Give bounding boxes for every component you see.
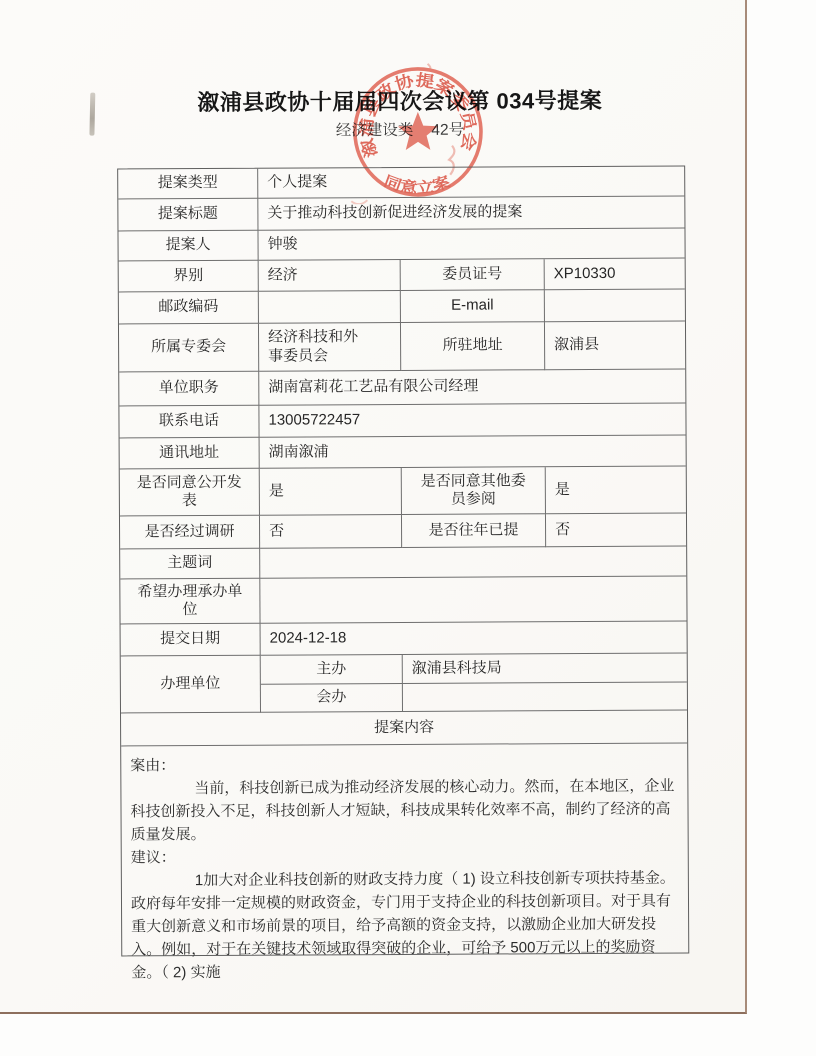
cell-publish-consent-label: 是否同意公开发表 (120, 469, 260, 517)
cell-hoped-unit-value (260, 577, 686, 624)
cell-co-handler-value (403, 683, 687, 712)
staple-mark (89, 93, 95, 136)
cell-proposal-title-label: 提案标题 (118, 199, 258, 232)
cell-resident-address-value: 溆浦县 (545, 322, 685, 371)
cell-keywords-label: 主题词 (120, 549, 260, 580)
cell-committee-label: 所属专委会 (119, 324, 259, 373)
cell-email-value (545, 290, 685, 323)
cell-sector-label: 界别 (119, 261, 259, 293)
cell-submit-date-value: 2024-12-18 (261, 622, 687, 656)
cell-proposal-type-value: 个人提案 (258, 167, 684, 199)
seal-ink-dot (428, 64, 431, 71)
cell-handling-unit-label: 办理单位 (121, 656, 261, 714)
cell-email-label: E-mail (401, 290, 545, 323)
cell-co-handler-label: 会办 (261, 684, 403, 713)
cell-keywords-value (260, 547, 686, 579)
document-subtitle: 经济建设类42号 (117, 119, 683, 144)
cell-sector-value: 经济 (259, 260, 401, 292)
page-title: 溆浦县政协十届届四次会议第 034号提案 (117, 86, 683, 119)
cell-proposer-value: 钟骏 (258, 229, 684, 261)
paper-content: 溆浦县政协十届届四次会议第 034号提案 经济建设类42号 溆浦县政协提案委员会… (0, 0, 748, 1014)
reason-label: 案由： (130, 752, 677, 778)
paper-sheet: 溆浦县政协十届届四次会议第 034号提案 经济建设类42号 溆浦县政协提案委员会… (0, 0, 747, 1014)
cell-prior-submission-value: 否 (546, 514, 686, 548)
proposal-form-table: 提案类型 个人提案 提案标题 关于推动科技创新促进经济发展的提案 提案人 钟骏 … (117, 166, 689, 957)
cell-member-review-value: 是 (546, 467, 686, 515)
cell-resident-address-label: 所驻地址 (401, 322, 545, 371)
cell-phone-value: 13005722457 (259, 404, 685, 438)
cell-committee-value: 经济科技和外事委员会 (259, 323, 401, 372)
cell-submit-date-label: 提交日期 (121, 624, 261, 657)
suggestion-label: 建议： (131, 844, 678, 870)
cell-main-handler-label: 主办 (261, 655, 403, 685)
category-number: 42号 (431, 122, 464, 139)
cell-mailing-address-label: 通讯地址 (120, 438, 260, 470)
cell-member-review-label: 是否同意其他委员参阅 (402, 467, 546, 515)
suggestion-text: 1加大对企业科技创新的财政支持力度（ 1) 设立科技创新专项扶持基金。政府每年安… (131, 867, 679, 985)
cell-member-id-value: XP10330 (545, 259, 685, 291)
cell-content-header: 提案内容 (121, 710, 687, 746)
cell-publish-consent-value: 是 (260, 468, 402, 516)
document-header: 溆浦县政协十届届四次会议第 034号提案 经济建设类42号 (117, 86, 683, 144)
cell-position-value: 湖南富莉花工艺品有限公司经理 (259, 370, 685, 406)
proposal-content-cell: 案由： 当前，科技创新已成为推动经济发展的核心动力。然而，在本地区，企业科技创新… (121, 743, 688, 955)
reason-text: 当前，科技创新已成为推动经济发展的核心动力。然而，在本地区，企业科技创新投入不足… (130, 775, 677, 847)
cell-position-label: 单位职务 (119, 372, 259, 407)
cell-postal-value (259, 291, 401, 324)
cell-hoped-unit-label: 希望办理承办单位 (120, 579, 260, 625)
cell-member-id-label: 委员证号 (401, 259, 545, 291)
cell-proposal-title-value: 关于推动科技创新促进经济发展的提案 (258, 197, 684, 231)
cell-main-handler-value: 溆浦县科技局 (403, 654, 687, 684)
scanned-page: 溆浦县政协十届届四次会议第 034号提案 经济建设类42号 溆浦县政协提案委员会… (0, 0, 816, 1056)
cell-postal-label: 邮政编码 (119, 292, 259, 325)
cell-mailing-address-value: 湖南溆浦 (260, 436, 686, 469)
cell-prior-submission-label: 是否往年已提 (402, 514, 546, 548)
cell-proposal-type-label: 提案类型 (118, 169, 258, 200)
cell-research-label: 是否经过调研 (120, 516, 260, 550)
cell-research-value: 否 (260, 515, 402, 549)
cell-phone-label: 联系电话 (119, 406, 259, 439)
cell-proposer-label: 提案人 (118, 231, 258, 262)
category-label: 经济建设类 (336, 122, 414, 139)
